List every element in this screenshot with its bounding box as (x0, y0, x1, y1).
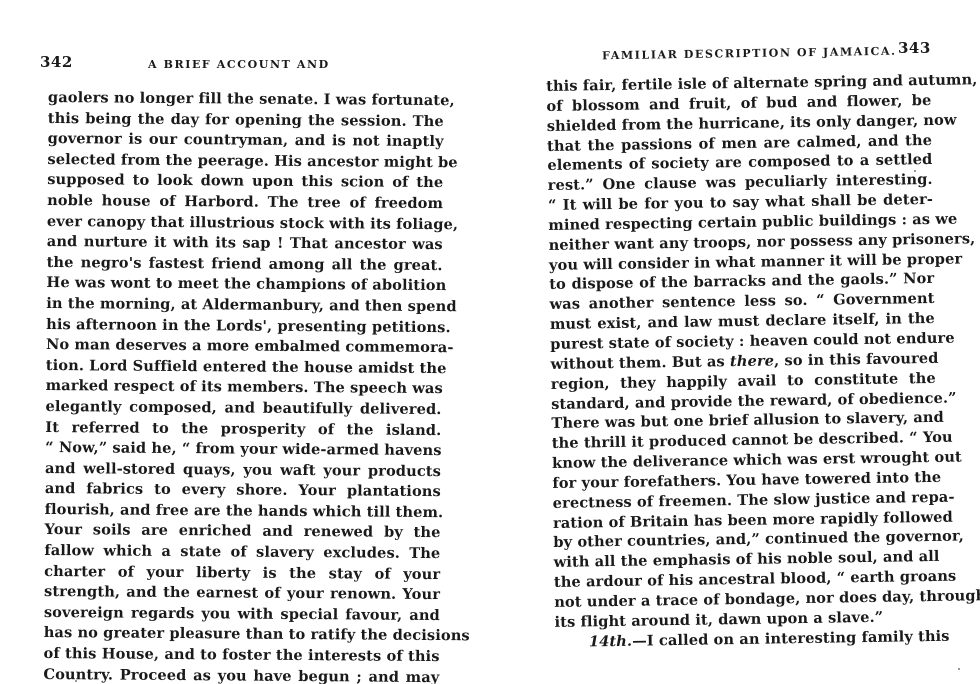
right-page: FAMILIAR DESCRIPTION OF JAMAICA. 343 thi… (490, 0, 980, 684)
page-number-left: 342 (40, 53, 73, 71)
left-page: 342 A BRIEF ACCOUNT AND gaolers no longe… (0, 0, 490, 684)
scan-speck (958, 668, 960, 670)
text-line: in the morning, at Aldermanbury, and the… (46, 294, 442, 318)
date-marker: 14th. (589, 632, 633, 650)
text-line: and fabrics to every shore. Your plantat… (45, 479, 441, 503)
page-number-right: 343 (898, 39, 931, 57)
italic-word: there (730, 352, 774, 370)
scan-speck (75, 680, 77, 682)
text-segment: —I called on an interesting family this (632, 627, 950, 649)
text-segment: , so in this favoured (774, 350, 939, 370)
text-line: gaolers no longer fill the senate. I was… (48, 88, 444, 112)
text-line: elegantly composed, and beautifully deli… (45, 397, 441, 421)
text-line: strength, and the earnest of your renown… (44, 582, 440, 606)
scan-speck (914, 170, 916, 172)
text-line: of this House, and to foster the interes… (43, 644, 439, 668)
text-segment: without them. But as (550, 353, 730, 373)
text-line: marked respect of its members. The speec… (46, 376, 442, 400)
right-page-body: this fair, fertile isle of alternate spr… (546, 71, 940, 652)
text-line: governor is our countryman, and is not i… (48, 129, 444, 153)
text-line: “ Now,” said he, “ from your wide-armed … (45, 438, 441, 462)
left-page-body: gaolers no longer fill the senate. I was… (43, 88, 444, 684)
running-header-right: FAMILIAR DESCRIPTION OF JAMAICA. (602, 45, 897, 63)
text-line: No man deserves a more embalmed commemor… (46, 335, 442, 359)
text-line: noble house of Harbord. The tree of free… (47, 191, 443, 215)
text-line: Country. Proceed as you have begun ; and… (43, 665, 439, 684)
text-line: fallow which a state of slavery excludes… (44, 541, 440, 565)
text-line: and nurture it with its sap ! That ances… (47, 232, 443, 256)
running-header-left: A BRIEF ACCOUNT AND (148, 58, 330, 71)
